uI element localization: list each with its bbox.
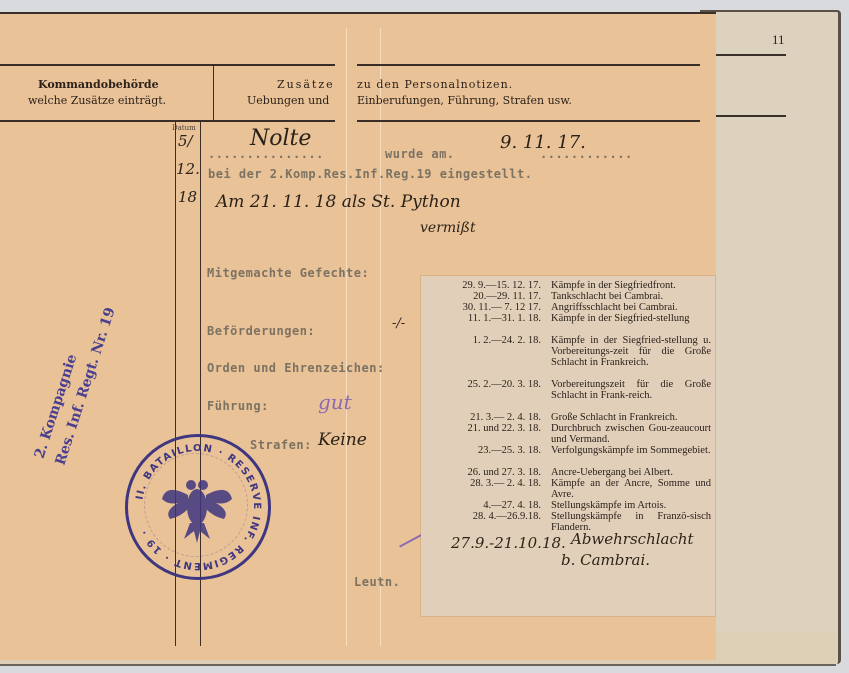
typed-orden: Orden und Ehrenzeichen:: [207, 361, 385, 375]
befoerderungen-value: -/-: [392, 316, 405, 331]
battalion-round-stamp: II. BATAILLON · RESERVE INF. REGIMENT · …: [125, 434, 271, 580]
clipping-handwritten-line1: Abwehrschlacht: [571, 530, 694, 548]
fold-line: [346, 28, 347, 646]
date-entry-day: 5/: [178, 132, 193, 150]
header-zusaetze: Zusätze: [277, 78, 335, 92]
header-einberufungen: Einberufungen, Führung, Strafen usw.: [357, 94, 572, 108]
clipping-handwritten-date: 27.9.-21.10.18.: [451, 534, 566, 552]
header-personalnotizen: zu den Personalnotizen.: [357, 78, 513, 92]
header-rule-bottom-right: [357, 120, 700, 122]
typed-befoerderungen: Beförderungen:: [207, 324, 315, 338]
page-number: 11: [772, 32, 785, 48]
typed-eingestellt: bei der 2.Komp.Res.Inf.Reg.19 eingestell…: [208, 167, 532, 181]
header-welche-zusaetze: welche Zusätze einträgt.: [28, 94, 166, 108]
date-entry-year: 18: [178, 188, 197, 206]
right-page: 11: [700, 10, 841, 664]
typed-dots-left: ...............: [208, 147, 324, 161]
strafen-value: Keine: [318, 430, 367, 450]
header-rule-top-right: [357, 64, 700, 66]
date-entry-month: 12.: [176, 160, 200, 178]
header-rule-bottom-left: [0, 120, 335, 122]
typed-leutn: Leutn.: [354, 575, 400, 589]
header-datum: Datum: [172, 124, 196, 132]
clipping-handwritten-line2: b. Cambrai.: [561, 551, 650, 569]
typed-dots-right: ............: [540, 147, 633, 161]
typed-fuehrung: Führung:: [207, 399, 269, 413]
typed-gefechte: Mitgemachte Gefechte:: [207, 266, 369, 280]
handwritten-vermisst-line: Am 21. 11. 18 als St. Python: [216, 192, 461, 212]
right-page-rule-top: [714, 54, 786, 56]
handwritten-vermisst: vermißt: [420, 220, 476, 236]
header-uebungen: Uebungen und: [247, 94, 329, 108]
right-page-rule-bottom: [714, 115, 786, 117]
company-stamp: 2. Kompagnie Res. Inf. Regt. Nr. 19: [20, 104, 127, 309]
eagle-icon: [158, 465, 236, 545]
battle-list-clipping: 29. 9.—15. 12. 17. Kämpfe in der Siegfri…: [421, 276, 715, 616]
left-page: Kommandobehörde welche Zusätze einträgt.…: [0, 12, 716, 660]
fuehrung-value: gut: [318, 390, 352, 414]
header-rule-top-left: [0, 64, 335, 66]
header-column-divider: [213, 66, 214, 120]
header-kommandobehoerde: Kommandobehörde: [38, 78, 159, 92]
typed-wurde-am: wurde am.: [385, 147, 455, 161]
